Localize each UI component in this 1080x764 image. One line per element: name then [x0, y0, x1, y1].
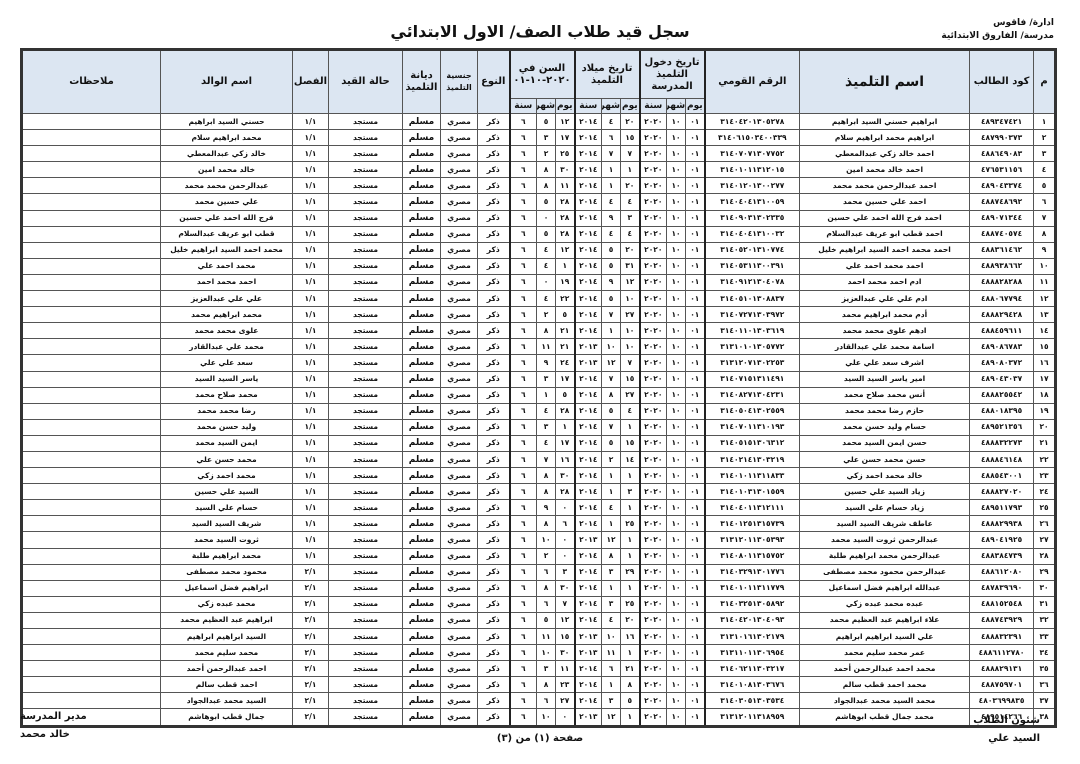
age-year-cell: ٦ — [510, 307, 537, 323]
birth-month-cell: ١ — [602, 580, 621, 596]
father-name-cell: جمال قطب ابوهاشم — [161, 709, 293, 726]
age-day-cell: ٢٨ — [556, 194, 575, 210]
student-code-cell: ٤٨٨٨٢٨٢٨٨ — [970, 274, 1034, 290]
student-name-cell: احمد قطب ابو عريف عبدالسلام — [800, 226, 970, 242]
director-name: خالد محمد — [20, 726, 87, 744]
age-month-cell: ٤ — [537, 435, 556, 451]
entry-month-cell: ١٠ — [667, 146, 686, 162]
religion-cell: مسلم — [403, 596, 441, 612]
gender-cell: ذكر — [478, 677, 510, 693]
gender-cell: ذكر — [478, 419, 510, 435]
class-cell: ١/١ — [293, 403, 329, 419]
gender-cell: ذكر — [478, 258, 510, 274]
entry-day-cell: ٠١ — [686, 677, 705, 693]
table-row: ١٤٤٨٨٤٥٩٦١١ادهم علوى محمد محمد٣١٤٠١١٠١٣٠… — [22, 323, 1056, 339]
entry-year-cell: ٢٠٢٠ — [640, 178, 667, 194]
religion-cell: مسلم — [403, 709, 441, 726]
entry-month-cell: ١٠ — [667, 564, 686, 580]
entry-year-cell: ٢٠٢٠ — [640, 194, 667, 210]
gender-cell: ذكر — [478, 114, 510, 130]
religion-cell: مسلم — [403, 194, 441, 210]
nationality-cell: مصري — [441, 339, 478, 355]
national-id-cell: ٣١٤٠٦٢١١٣٠٣٢١٧ — [705, 661, 800, 677]
entry-year-cell: ٢٠٢٠ — [640, 709, 667, 726]
nationality-cell: مصري — [441, 258, 478, 274]
birth-year-cell: ٢٠١٤ — [575, 162, 602, 178]
national-id-cell: ٣١٤٠٥٠٤١٣٠٢٥٥٩ — [705, 403, 800, 419]
col-national-id: الرقم القومي — [705, 50, 800, 114]
class-cell: ٢/١ — [293, 709, 329, 726]
table-row: ٣٤٨٨٦٤٩٠٨٣احمد خالد زكي عبدالمعطي٣١٤٠٧٠٧… — [22, 146, 1056, 162]
age-year-cell: ٦ — [510, 709, 537, 726]
entry-year-cell: ٢٠٢٠ — [640, 226, 667, 242]
birth-month-cell: ٤ — [602, 226, 621, 242]
class-cell: ١/١ — [293, 291, 329, 307]
row-number-cell: ٣٥ — [1034, 661, 1056, 677]
age-month-cell: ٢ — [537, 307, 556, 323]
table-row: ٢٢٤٨٨٨٤٦١٤٨حسن محمد حسن علي٣١٤٠٢١٤١٣٠٣٢١… — [22, 451, 1056, 467]
enrollment-status-cell: مستجد — [329, 516, 403, 532]
father-name-cell: علي حسين محمد — [161, 194, 293, 210]
father-name-cell: احمد عبدالرحمن أحمد — [161, 661, 293, 677]
age-day-cell: ١٥ — [556, 629, 575, 645]
age-month-cell: ٣ — [537, 661, 556, 677]
table-row: ٢٦٤٨٨٨٢٩٩٣٨عاطف شريف السيد السيد٣١٤٠١٢٥١… — [22, 516, 1056, 532]
notes-cell — [22, 548, 161, 564]
birth-year-cell: ٢٠١٤ — [575, 548, 602, 564]
national-id-cell: ٣١٤٠٥١٠١٣٠٨٨٣٧ — [705, 291, 800, 307]
notes-cell — [22, 451, 161, 467]
birth-year-cell: ٢٠١٤ — [575, 435, 602, 451]
entry-month-cell: ١٠ — [667, 580, 686, 596]
age-year-cell: ٦ — [510, 596, 537, 612]
age-year-cell: ٦ — [510, 548, 537, 564]
age-year-cell: ٦ — [510, 693, 537, 709]
entry-year-cell: ٢٠٢٠ — [640, 629, 667, 645]
age-day-cell: ١١ — [556, 178, 575, 194]
class-cell: ١/١ — [293, 242, 329, 258]
director-title: مدير المدرسة — [20, 708, 87, 726]
student-code-cell: ٤٨٨٦١١٢٧٨٠ — [970, 645, 1034, 661]
class-cell: ١/١ — [293, 323, 329, 339]
student-code-cell: ٤٨٨٩٣٨٦٦٢ — [970, 258, 1034, 274]
table-row: ١٣٤٨٨٨٢٩٤٢٨أدم محمد ابراهيم محمد٣١٤٠٧٢٧١… — [22, 307, 1056, 323]
national-id-cell: ٣١٤٠٩١٢١٣٠٤٠٧٨ — [705, 274, 800, 290]
age-month-cell: ١ — [537, 387, 556, 403]
entry-day-cell: ٠١ — [686, 564, 705, 580]
student-name-cell: محمد السيد محمد عبدالجواد — [800, 693, 970, 709]
entry-year-cell: ٢٠٢٠ — [640, 661, 667, 677]
sub-month: شهر — [537, 99, 556, 114]
notes-cell — [22, 339, 161, 355]
enrollment-status-cell: مستجد — [329, 612, 403, 628]
student-code-cell: ٤٨٨٤٥٩٦١١ — [970, 323, 1034, 339]
birth-day-cell: ٤ — [621, 226, 640, 242]
age-day-cell: ٢٢ — [556, 291, 575, 307]
student-code-cell: ٤٨٨٦١٢٠٨٠ — [970, 564, 1034, 580]
nationality-cell: مصري — [441, 435, 478, 451]
notes-cell — [22, 468, 161, 484]
birth-year-cell: ٢٠١٣ — [575, 339, 602, 355]
national-id-cell: ٣١٣١٠١٦١٣٠٢١٧٩ — [705, 629, 800, 645]
birth-year-cell: ٢٠١٤ — [575, 564, 602, 580]
age-day-cell: ٢٨ — [556, 403, 575, 419]
notes-cell — [22, 307, 161, 323]
birth-day-cell: ٤ — [621, 194, 640, 210]
gender-cell: ذكر — [478, 274, 510, 290]
entry-year-cell: ٢٠٢٠ — [640, 210, 667, 226]
gender-cell: ذكر — [478, 709, 510, 726]
nationality-cell: مصري — [441, 548, 478, 564]
birth-day-cell: ٧ — [621, 355, 640, 371]
class-cell: ١/١ — [293, 468, 329, 484]
national-id-cell: ٣١٤٠١٠١١٣١١٧٧٩ — [705, 580, 800, 596]
birth-year-cell: ٢٠١٤ — [575, 612, 602, 628]
birth-year-cell: ٢٠١٤ — [575, 291, 602, 307]
age-day-cell: ٠ — [556, 500, 575, 516]
religion-cell: مسلم — [403, 291, 441, 307]
class-cell: ١/١ — [293, 435, 329, 451]
notes-cell — [22, 210, 161, 226]
age-month-cell: ٣ — [537, 419, 556, 435]
gender-cell: ذكر — [478, 612, 510, 628]
age-month-cell: ١٠ — [537, 532, 556, 548]
entry-year-cell: ٢٠٢٠ — [640, 596, 667, 612]
gender-cell: ذكر — [478, 371, 510, 387]
notes-cell — [22, 226, 161, 242]
student-name-cell: عبدالرحمن محمود محمد مصطفى — [800, 564, 970, 580]
birth-month-cell: ٧ — [602, 371, 621, 387]
sub-day: يوم — [556, 99, 575, 114]
birth-day-cell: ١ — [621, 532, 640, 548]
birth-day-cell: ٣ — [621, 484, 640, 500]
enrollment-status-cell: مستجد — [329, 258, 403, 274]
birth-year-cell: ٢٠١٤ — [575, 274, 602, 290]
age-year-cell: ٦ — [510, 612, 537, 628]
nationality-cell: مصري — [441, 371, 478, 387]
class-cell: ١/١ — [293, 419, 329, 435]
national-id-cell: ٣١٤٠١٠٣١٣٠١٥٥٩ — [705, 484, 800, 500]
entry-year-cell: ٢٠٢٠ — [640, 532, 667, 548]
birth-year-cell: ٢٠١٤ — [575, 307, 602, 323]
birth-month-cell: ٢ — [602, 451, 621, 467]
col-age: السن في ٢٠٢٠-١٠-٠١ — [510, 50, 575, 99]
entry-month-cell: ١٠ — [667, 532, 686, 548]
student-name-cell: حسن ايمن السيد محمد — [800, 435, 970, 451]
class-cell: ١/١ — [293, 451, 329, 467]
student-name-cell: ابراهيم محمد ابراهيم سلام — [800, 130, 970, 146]
national-id-cell: ٣١٤٠٤٠٤١٣١٠٠٣٢ — [705, 226, 800, 242]
nationality-cell: مصري — [441, 468, 478, 484]
age-month-cell: ٤ — [537, 242, 556, 258]
birth-day-cell: ١ — [621, 419, 640, 435]
age-month-cell: ٠ — [537, 274, 556, 290]
birth-day-cell: ١٥ — [621, 130, 640, 146]
row-number-cell: ١٦ — [1034, 355, 1056, 371]
gender-cell: ذكر — [478, 291, 510, 307]
table-row: ٣٠٤٨٧٨٣٩٦٩٠عبدالله ابراهيم فضل اسماعيل٣١… — [22, 580, 1056, 596]
student-name-cell: عبدالرحمن ثروت السيد محمد — [800, 532, 970, 548]
gender-cell: ذكر — [478, 516, 510, 532]
class-cell: ١/١ — [293, 339, 329, 355]
enrollment-status-cell: مستجد — [329, 629, 403, 645]
gender-cell: ذكر — [478, 210, 510, 226]
age-month-cell: ٥ — [537, 612, 556, 628]
nationality-cell: مصري — [441, 146, 478, 162]
notes-cell — [22, 435, 161, 451]
student-code-cell: ٤٨٩٠٧١٣٤٤ — [970, 210, 1034, 226]
class-cell: ٢/١ — [293, 564, 329, 580]
student-code-cell: ٤٨٨٧٤٨٦٩٢ — [970, 194, 1034, 210]
entry-month-cell: ١٠ — [667, 677, 686, 693]
birth-day-cell: ١ — [621, 580, 640, 596]
birth-day-cell: ١ — [621, 500, 640, 516]
religion-cell: مسلم — [403, 387, 441, 403]
table-row: ٩٤٨٨٣٦١٤٦٢احمد محمد احمد السيد ابراهيم خ… — [22, 242, 1056, 258]
birth-month-cell: ١ — [602, 468, 621, 484]
col-code: كود الطالب — [970, 50, 1034, 114]
age-day-cell: ١ — [556, 419, 575, 435]
birth-month-cell: ١ — [602, 178, 621, 194]
age-year-cell: ٦ — [510, 516, 537, 532]
entry-day-cell: ٠١ — [686, 403, 705, 419]
enrollment-status-cell: مستجد — [329, 532, 403, 548]
age-year-cell: ٦ — [510, 130, 537, 146]
col-class: الفصل — [293, 50, 329, 114]
student-name-cell: خالد محمد احمد زكي — [800, 468, 970, 484]
national-id-cell: ٣١٤٠٣٢٩١٣٠١٧٧٦ — [705, 564, 800, 580]
col-religion: ديانة التلميذ — [403, 50, 441, 114]
notes-cell — [22, 580, 161, 596]
student-code-cell: ٤٨٨٨٢٩٤٢٨ — [970, 307, 1034, 323]
age-month-cell: ٩ — [537, 355, 556, 371]
nationality-cell: مصري — [441, 291, 478, 307]
table-row: ٨٤٨٨٧٤٠٥٧٤احمد قطب ابو عريف عبدالسلام٣١٤… — [22, 226, 1056, 242]
entry-month-cell: ١٠ — [667, 468, 686, 484]
entry-year-cell: ٢٠٢٠ — [640, 516, 667, 532]
student-name-cell: اشرف سعد علي علي — [800, 355, 970, 371]
class-cell: ٢/١ — [293, 661, 329, 677]
nationality-cell: مصري — [441, 307, 478, 323]
nationality-cell: مصري — [441, 677, 478, 693]
religion-cell: مسلم — [403, 130, 441, 146]
entry-month-cell: ١٠ — [667, 500, 686, 516]
religion-cell: مسلم — [403, 242, 441, 258]
student-name-cell: امير ياسر السيد السيد — [800, 371, 970, 387]
entry-year-cell: ٢٠٢٠ — [640, 403, 667, 419]
birth-year-cell: ٢٠١٤ — [575, 387, 602, 403]
birth-year-cell: ٢٠١٤ — [575, 693, 602, 709]
age-year-cell: ٦ — [510, 532, 537, 548]
father-name-cell: ياسر السيد السيد — [161, 371, 293, 387]
gender-cell: ذكر — [478, 403, 510, 419]
entry-day-cell: ٠١ — [686, 451, 705, 467]
father-name-cell: محمد ابراهيم محمد — [161, 307, 293, 323]
father-name-cell: قطب ابو عريف عبدالسلام — [161, 226, 293, 242]
class-cell: ٢/١ — [293, 580, 329, 596]
age-day-cell: ١٢ — [556, 612, 575, 628]
father-name-cell: محمد صلاح محمد — [161, 387, 293, 403]
table-row: ٢٠٤٨٩٥٢١٣٥٦حسام وليد حسن محمد٣١٤٠٧٠١١٣١٠… — [22, 419, 1056, 435]
father-name-cell: خالد زكي عبدالمعطي — [161, 146, 293, 162]
nationality-cell: مصري — [441, 580, 478, 596]
class-cell: ٢/١ — [293, 612, 329, 628]
class-cell: ١/١ — [293, 500, 329, 516]
enrollment-status-cell: مستجد — [329, 419, 403, 435]
enrollment-status-cell: مستجد — [329, 242, 403, 258]
age-year-cell: ٦ — [510, 629, 537, 645]
father-name-cell: محمد احمد زكي — [161, 468, 293, 484]
student-name-cell: أدم محمد ابراهيم محمد — [800, 307, 970, 323]
entry-day-cell: ٠١ — [686, 114, 705, 130]
birth-day-cell: ١٠ — [621, 339, 640, 355]
entry-year-cell: ٢٠٢٠ — [640, 339, 667, 355]
enrollment-status-cell: مستجد — [329, 403, 403, 419]
gender-cell: ذكر — [478, 194, 510, 210]
birth-year-cell: ٢٠١٤ — [575, 403, 602, 419]
class-cell: ٢/١ — [293, 596, 329, 612]
class-cell: ١/١ — [293, 371, 329, 387]
table-row: ٣٦٤٨٨٧٥٩٧٠١محمد احمد قطب سالم٣١٤٠١٠٨١٣٠٣… — [22, 677, 1056, 693]
birth-month-cell: ١٠ — [602, 629, 621, 645]
age-month-cell: ٣ — [537, 130, 556, 146]
age-year-cell: ٦ — [510, 274, 537, 290]
birth-month-cell: ٤ — [602, 194, 621, 210]
table-row: ٤٤٧٦٥٣١١٥٦احمد خالد محمد امين٣١٤٠١٠١١٣١٢… — [22, 162, 1056, 178]
birth-year-cell: ٢٠١٤ — [575, 242, 602, 258]
row-number-cell: ٨ — [1034, 226, 1056, 242]
class-cell: ١/١ — [293, 178, 329, 194]
entry-year-cell: ٢٠٢٠ — [640, 548, 667, 564]
national-id-cell: ٣١٤٠٤٠١١٣١٢١١١ — [705, 500, 800, 516]
col-birth-date: تاريخ ميلاد التلميذ — [575, 50, 640, 99]
birth-month-cell: ٥ — [602, 291, 621, 307]
national-id-cell: ٣١٤٠٧١٥١٣١١٤٩١ — [705, 371, 800, 387]
gender-cell: ذكر — [478, 339, 510, 355]
age-month-cell: ٥ — [537, 114, 556, 130]
age-day-cell: ٢٨ — [556, 484, 575, 500]
sub-year: سنة — [510, 99, 537, 114]
col-entry-date: تاريخ دخول التلميذ المدرسة — [640, 50, 705, 99]
religion-cell: مسلم — [403, 645, 441, 661]
father-name-cell: محمد ابراهيم طلبة — [161, 548, 293, 564]
nationality-cell: مصري — [441, 403, 478, 419]
class-cell: ٢/١ — [293, 629, 329, 645]
national-id-cell: ٣١٤٠١٠١١٣١٢٠١٥ — [705, 162, 800, 178]
col-notes: ملاحظات — [22, 50, 161, 114]
nationality-cell: مصري — [441, 484, 478, 500]
national-id-cell: ٣١٤٠٨٢٧١٣٠٤٢٣١ — [705, 387, 800, 403]
father-name-cell: محمد عبده زكي — [161, 596, 293, 612]
national-id-cell: ٣١٤٠٥٣١١٣٠٠٣٩١ — [705, 258, 800, 274]
religion-cell: مسلم — [403, 226, 441, 242]
birth-month-cell: ٦ — [602, 130, 621, 146]
national-id-cell: ٣١٤٠١٢٠١٣٠٠٢٧٧ — [705, 178, 800, 194]
entry-day-cell: ٠١ — [686, 226, 705, 242]
entry-month-cell: ١٠ — [667, 709, 686, 726]
religion-cell: مسلم — [403, 500, 441, 516]
age-month-cell: ٨ — [537, 677, 556, 693]
gender-cell: ذكر — [478, 661, 510, 677]
birth-day-cell: ١ — [621, 709, 640, 726]
enrollment-status-cell: مستجد — [329, 226, 403, 242]
birth-month-cell: ١ — [602, 484, 621, 500]
birth-month-cell: ٨ — [602, 548, 621, 564]
entry-month-cell: ١٠ — [667, 178, 686, 194]
religion-cell: مسلم — [403, 435, 441, 451]
table-row: ١٠٤٨٨٩٣٨٦٦٢احمد محمد احمد علي٣١٤٠٥٣١١٣٠٠… — [22, 258, 1056, 274]
enrollment-status-cell: مستجد — [329, 339, 403, 355]
father-name-cell: السيد ابراهيم ابراهيم — [161, 629, 293, 645]
class-cell: ١/١ — [293, 226, 329, 242]
entry-month-cell: ١٠ — [667, 612, 686, 628]
notes-cell — [22, 291, 161, 307]
entry-year-cell: ٢٠٢٠ — [640, 355, 667, 371]
age-year-cell: ٦ — [510, 484, 537, 500]
father-name-cell: عبدالرحمن محمد محمد — [161, 178, 293, 194]
father-name-cell: شريف السيد السيد — [161, 516, 293, 532]
class-cell: ١/١ — [293, 194, 329, 210]
age-month-cell: ١٠ — [537, 645, 556, 661]
entry-month-cell: ١٠ — [667, 323, 686, 339]
entry-day-cell: ٠١ — [686, 629, 705, 645]
table-row: ٣٧٤٨٠٣٦٩٩٨٣٥محمد السيد محمد عبدالجواد٣١٤… — [22, 693, 1056, 709]
row-number-cell: ١٨ — [1034, 387, 1056, 403]
birth-month-cell: ٩ — [602, 210, 621, 226]
religion-cell: مسلم — [403, 693, 441, 709]
student-code-cell: ٤٨٨٣٨٤٧٣٩ — [970, 548, 1034, 564]
table-row: ٣٨٤٨٩٥١٤٢٦٦محمد جمال قطب ابوهاشم٣١٣١٢٠١١… — [22, 709, 1056, 726]
student-name-cell: عبدالرحمن محمد ابراهيم طلبة — [800, 548, 970, 564]
entry-day-cell: ٠١ — [686, 146, 705, 162]
religion-cell: مسلم — [403, 532, 441, 548]
table-row: ٢٩٤٨٨٦١٢٠٨٠عبدالرحمن محمود محمد مصطفى٣١٤… — [22, 564, 1056, 580]
birth-year-cell: ٢٠١٤ — [575, 371, 602, 387]
national-id-cell: ٣١٣١٢٠١١٣٠٥٣٩٣ — [705, 532, 800, 548]
row-number-cell: ٥ — [1034, 178, 1056, 194]
age-day-cell: ٥ — [556, 307, 575, 323]
notes-cell — [22, 146, 161, 162]
entry-year-cell: ٢٠٢٠ — [640, 693, 667, 709]
student-name-cell: علاء ابراهيم عبد العظيم محمد — [800, 612, 970, 628]
national-id-cell: ٣١٤٠٧٢٧١٣٠٣٩٧٢ — [705, 307, 800, 323]
enrollment-status-cell: مستجد — [329, 371, 403, 387]
row-number-cell: ١ — [1034, 114, 1056, 130]
religion-cell: مسلم — [403, 114, 441, 130]
age-month-cell: ٤ — [537, 403, 556, 419]
entry-day-cell: ٠١ — [686, 274, 705, 290]
birth-year-cell: ٢٠١٣ — [575, 645, 602, 661]
age-month-cell: ٨ — [537, 484, 556, 500]
birth-year-cell: ٢٠١٣ — [575, 709, 602, 726]
age-day-cell: ٢٧ — [556, 693, 575, 709]
sub-day: يوم — [686, 99, 705, 114]
table-row: ٥٤٨٩٠٤٣٣٧٤احمد عبدالرحمن محمد محمد٣١٤٠١٢… — [22, 178, 1056, 194]
notes-cell — [22, 532, 161, 548]
birth-month-cell: ٤ — [602, 500, 621, 516]
age-month-cell: ٨ — [537, 468, 556, 484]
row-number-cell: ٢٣ — [1034, 468, 1056, 484]
student-name-cell: احمد محمد احمد علي — [800, 258, 970, 274]
student-code-cell: ٤٨٨٣٦١٤٦٢ — [970, 242, 1034, 258]
row-number-cell: ٢٧ — [1034, 532, 1056, 548]
student-code-cell: ٤٨٨٦٤٩٠٨٣ — [970, 146, 1034, 162]
birth-month-cell: ٥ — [602, 242, 621, 258]
religion-cell: مسلم — [403, 371, 441, 387]
row-number-cell: ٣ — [1034, 146, 1056, 162]
entry-day-cell: ٠١ — [686, 661, 705, 677]
row-number-cell: ٤ — [1034, 162, 1056, 178]
